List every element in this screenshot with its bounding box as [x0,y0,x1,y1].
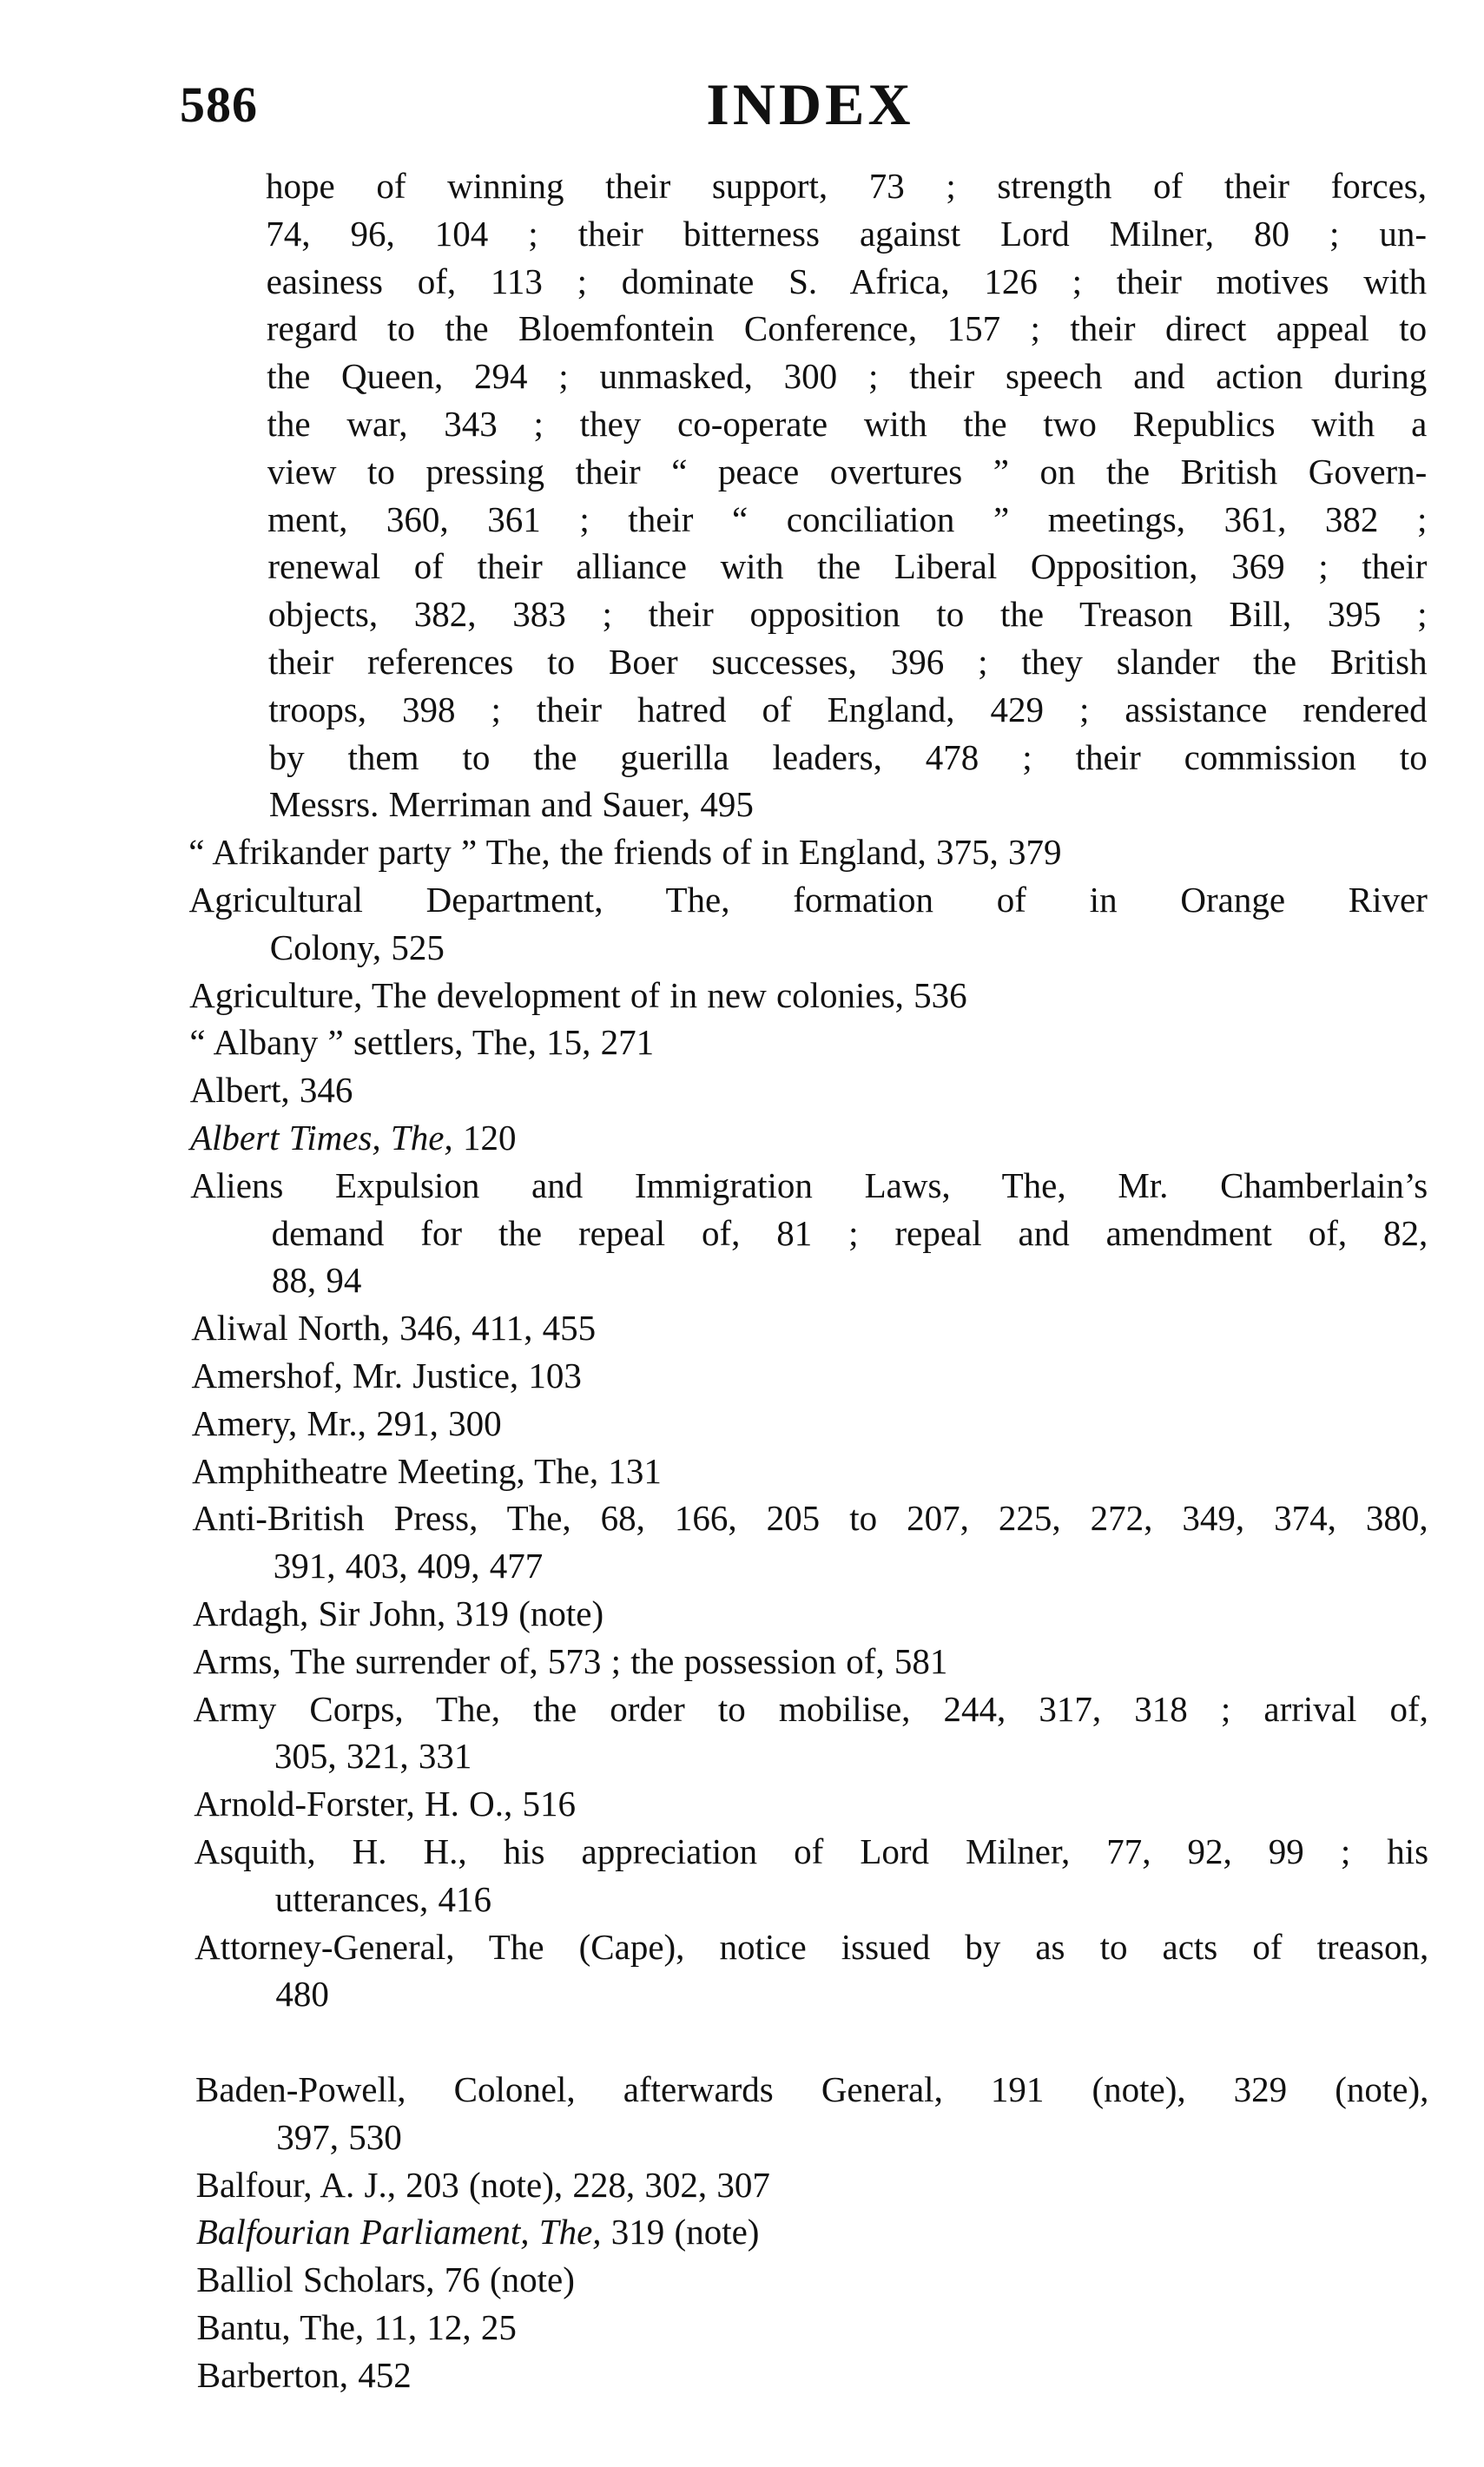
entry-text: troops, 398 ; their hatred of England, 4… [268,689,1427,729]
index-entry-line: Balfourian Parliament, The, 319 (note) [196,2208,760,2256]
entry-text: Baden-Powell, Colonel, afterwards Genera… [195,2069,1428,2109]
index-entry-line: Aliwal North, 346, 411, 455 [191,1304,596,1352]
index-entry-line: Aliens Expulsion and Immigration Laws, T… [190,1162,1428,1210]
entry-text: their references to Boer successes, 396 … [268,642,1428,682]
entry-text: Agricultural Department, The, formation … [189,880,1428,920]
entry-text: “ Afrikander party ” The, the friends of… [188,832,1061,872]
index-continuation-line: hope of winning their support, 73 ; stre… [266,162,1427,210]
entry-text: “ Albany ” settlers, The, 15, 271 [189,1022,654,1062]
index-entry-line: Baden-Powell, Colonel, afterwards Genera… [195,2066,1428,2114]
entry-text: Messrs. Merriman and Sauer, 495 [269,784,754,824]
index-entry-line: Albert, 346 [190,1066,353,1114]
index-entry-line: Amery, Mr., 291, 300 [192,1400,502,1448]
index-continuation-line: 305, 321, 331 [274,1732,472,1780]
running-head-title: INDEX [677,69,943,139]
index-continuation-line: Messrs. Merriman and Sauer, 495 [269,781,754,828]
entry-text: Aliens Expulsion and Immigration Laws, T… [190,1165,1428,1205]
index-continuation-line: 480 [275,1970,329,2018]
entry-text: regard to the Bloemfontein Conference, 1… [267,308,1427,348]
index-entry-line: Barberton, 452 [197,2352,412,2399]
entry-text: Barberton, 452 [197,2355,412,2395]
index-continuation-line: demand for the repeal of, 81 ; repeal an… [272,1210,1428,1257]
entry-text: demand for the repeal of, 81 ; repeal an… [272,1213,1428,1253]
index-continuation-line: regard to the Bloemfontein Conference, 1… [267,305,1427,353]
index-entry-line: Agriculture, The development of in new c… [189,972,967,1019]
entry-text: the Queen, 294 ; unmasked, 300 ; their s… [267,356,1427,396]
entry-text: ment, 360, 361 ; their “ conciliation ” … [267,499,1427,539]
entry-text: Colony, 525 [270,927,445,967]
entry-text: 74, 96, 104 ; their bitterness against L… [266,214,1427,254]
index-entry-line: Balfour, A. J., 203 (note), 228, 302, 30… [196,2161,770,2209]
entry-text: easiness of, 113 ; dominate S. Africa, 1… [267,261,1428,301]
page-number: 586 [180,75,258,135]
entry-text: Asquith, H. H., his appreciation of Lord… [195,1831,1429,1871]
index-continuation-line: the Queen, 294 ; unmasked, 300 ; their s… [267,353,1427,400]
entry-text: objects, 382, 383 ; their opposition to … [268,594,1428,634]
entry-text: 319 (note) [602,2212,760,2252]
entry-text: renewal of their alliance with the Liber… [267,546,1427,586]
index-entry-line: Asquith, H. H., his appreciation of Lord… [195,1828,1429,1876]
index-entry-line: Army Corps, The, the order to mobilise, … [194,1685,1428,1733]
entry-text: 480 [275,1974,329,2014]
entry-text: Attorney-General, The (Cape), notice iss… [195,1927,1428,1967]
index-continuation-line: objects, 382, 383 ; their opposition to … [268,590,1428,638]
entry-text: the war, 343 ; they co-operate with the … [267,404,1428,444]
entry-text: Amery, Mr., 291, 300 [192,1403,502,1443]
entry-text: Army Corps, The, the order to mobilise, … [194,1689,1428,1729]
entry-text: Aliwal North, 346, 411, 455 [191,1308,596,1348]
italic-title-text: Balfourian Parliament, The, [196,2212,602,2252]
entry-text: Arms, The surrender of, 573 ; the posses… [193,1641,947,1681]
index-entry-line: “ Albany ” settlers, The, 15, 271 [189,1019,654,1066]
entry-text: 391, 403, 409, 477 [274,1546,544,1586]
entry-text: Anti-British Press, The, 68, 166, 205 to… [192,1498,1428,1538]
index-continuation-line: 88, 94 [272,1257,362,1304]
index-continuation-line: 74, 96, 104 ; their bitterness against L… [266,210,1427,258]
index-continuation-line: their references to Boer successes, 396 … [268,638,1428,686]
index-entry-line: Amershof, Mr. Justice, 103 [192,1352,582,1400]
index-continuation-line: easiness of, 113 ; dominate S. Africa, 1… [267,258,1428,306]
index-continuation-line: the war, 343 ; they co-operate with the … [267,400,1428,448]
entry-text: Balliol Scholars, 76 (note) [196,2259,575,2299]
index-entry-line: Albert Times, The, 120 [190,1114,516,1162]
index-continuation-line: troops, 398 ; their hatred of England, 4… [268,686,1427,734]
entry-text: 88, 94 [272,1260,362,1300]
entry-text: Albert, 346 [190,1070,353,1110]
entry-text: view to pressing their “ peace overtures… [267,452,1428,491]
entry-text: Agriculture, The development of in new c… [189,975,967,1015]
index-continuation-line: renewal of their alliance with the Liber… [267,543,1427,590]
entry-text: Amershof, Mr. Justice, 103 [192,1356,582,1395]
entry-text: Arnold-Forster, H. O., 516 [194,1784,576,1824]
entry-text: by them to the guerilla leaders, 478 ; t… [269,737,1428,777]
italic-title-text: Albert Times, The, [190,1118,453,1158]
index-entry-line: Attorney-General, The (Cape), notice iss… [195,1923,1428,1971]
entry-text: hope of winning their support, 73 ; stre… [266,166,1427,206]
entry-text: Amphitheatre Meeting, The, 131 [192,1451,662,1491]
entry-text: 397, 530 [276,2117,402,2157]
index-entry-line: Agricultural Department, The, formation … [189,876,1428,924]
entry-text: 120 [453,1118,517,1158]
index-continuation-line: 397, 530 [276,2114,402,2161]
entry-text: Bantu, The, 11, 12, 25 [197,2307,517,2347]
index-entry-line: “ Afrikander party ” The, the friends of… [188,828,1061,876]
entry-text: Balfour, A. J., 203 (note), 228, 302, 30… [196,2165,770,2205]
index-continuation-line: 391, 403, 409, 477 [274,1542,544,1590]
index-entry-line: Bantu, The, 11, 12, 25 [197,2304,517,2352]
index-entry-line: Anti-British Press, The, 68, 166, 205 to… [192,1494,1428,1542]
index-continuation-line: view to pressing their “ peace overtures… [267,448,1428,496]
index-entry-line: Arnold-Forster, H. O., 516 [194,1780,576,1828]
entry-text: Ardagh, Sir John, 319 (note) [193,1593,603,1633]
entry-text: utterances, 416 [275,1879,491,1919]
entry-text: 305, 321, 331 [274,1736,472,1776]
index-continuation-line: utterances, 416 [275,1876,491,1923]
index-continuation-line: by them to the guerilla leaders, 478 ; t… [269,734,1428,782]
index-page: 586 INDEX hope of winning their support,… [0,0,1484,2467]
index-entry-line: Amphitheatre Meeting, The, 131 [192,1448,662,1495]
index-entry-line: Arms, The surrender of, 573 ; the posses… [193,1638,947,1685]
index-continuation-line: ment, 360, 361 ; their “ conciliation ” … [267,496,1427,544]
index-entry-line: Ardagh, Sir John, 319 (note) [193,1590,603,1638]
index-entry-line: Balliol Scholars, 76 (note) [196,2256,575,2304]
index-continuation-line: Colony, 525 [270,924,445,972]
